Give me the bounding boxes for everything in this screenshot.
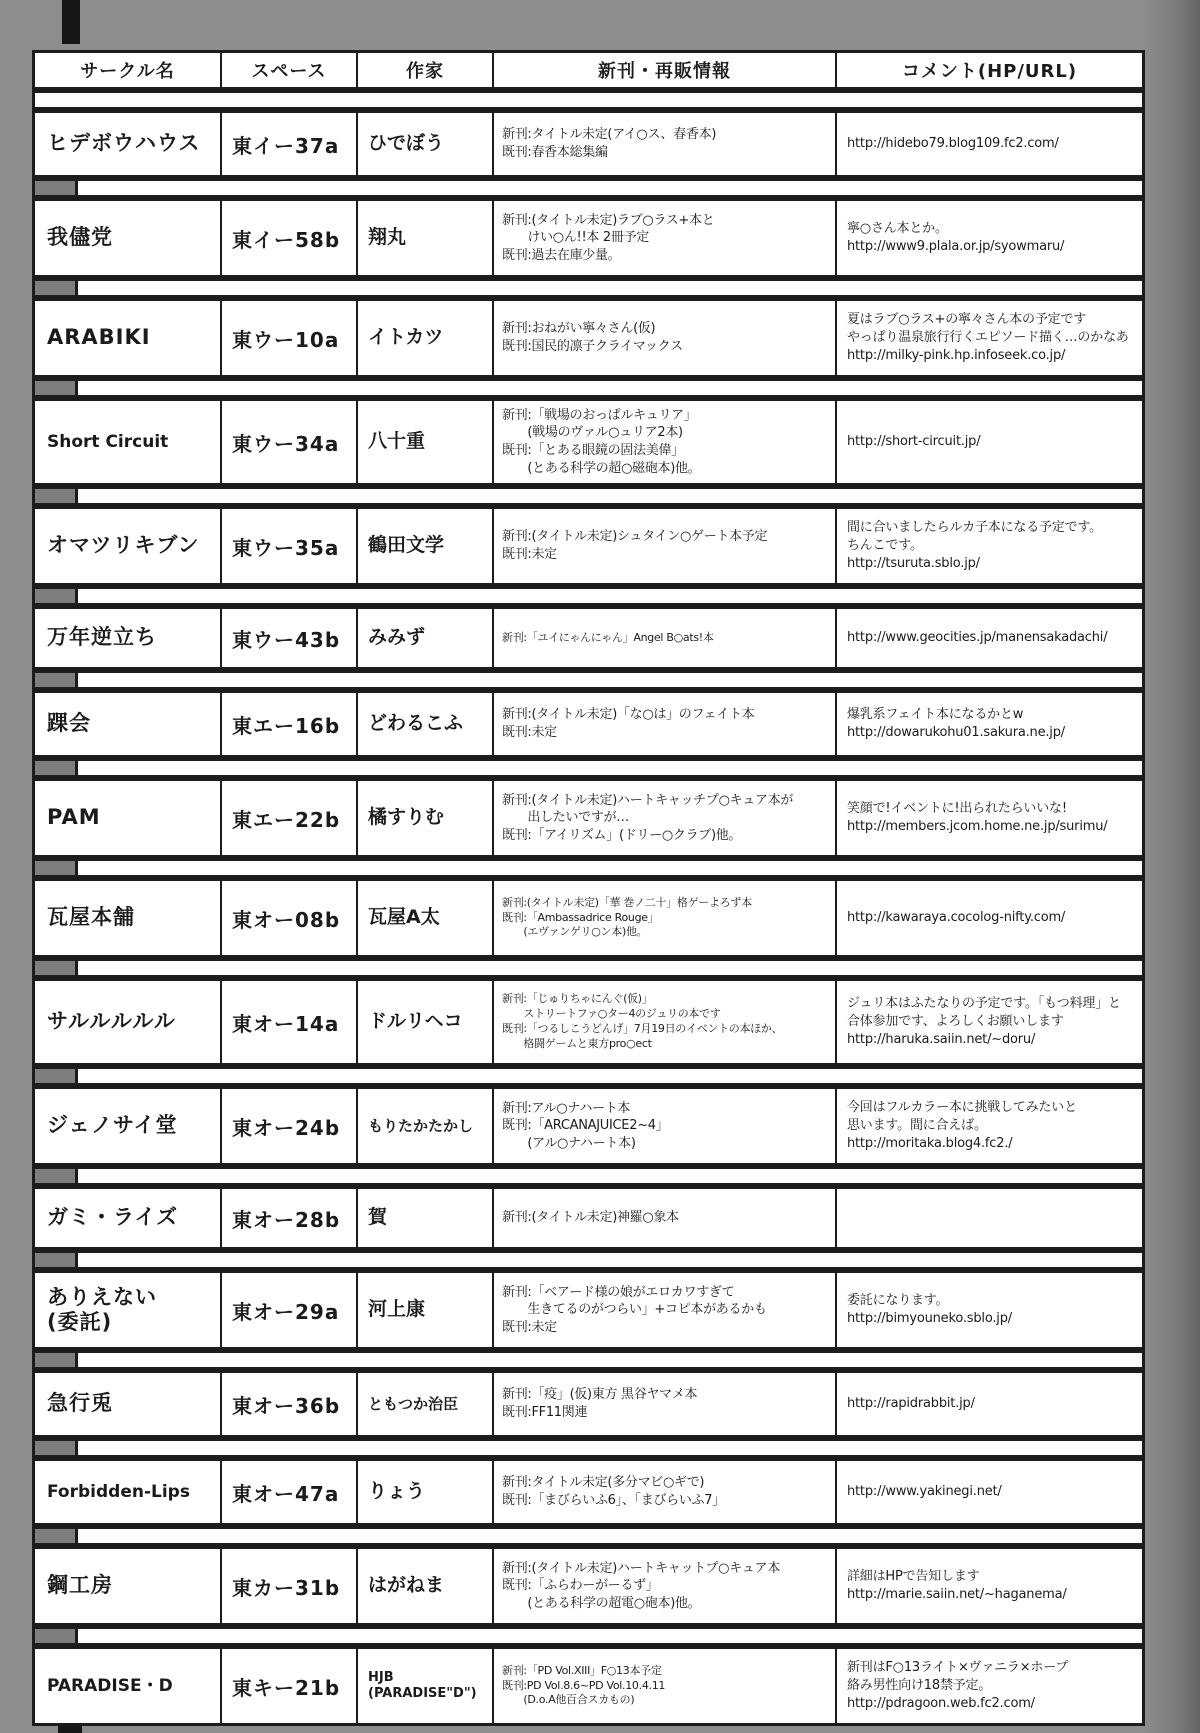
table-row: 踝会 東エー16b どわるこふ 新刊:(タイトル未定)「な○は」のフェイト本既刊… (32, 690, 1145, 758)
text-line: 既刊:「ふらわーがーるず」 (502, 1577, 827, 1595)
text-line: 詳細はHPで告知します (847, 1568, 1132, 1586)
gap-notch (32, 1526, 78, 1546)
text-line: http://kawaraya.cocolog-nifty.com/ (847, 909, 1132, 927)
comment-cell: 詳細はHPで告知しますhttp://marie.saiin.net/~hagan… (835, 1549, 1142, 1623)
author-cell: HJB(PARADISE"D") (356, 1649, 492, 1723)
space-cell: 東ウー10a (220, 301, 356, 375)
table-row: 瓦屋本舗 東オー08b 瓦屋A太 新刊:(タイトル未定)「華 巻ノ二十」格ゲーよ… (32, 878, 1145, 958)
text-line: 既刊:未定 (502, 546, 827, 564)
table-row: 我儘党 東イー58b 翔丸 新刊:(タイトル未定)ラブ○ラス+本と けい○ん!!… (32, 198, 1145, 278)
table-row: サルルルルル 東オー14a ドルリヘコ 新刊:「じゅりちゃにんぐ(仮)」 ストリ… (32, 978, 1145, 1066)
row-gap (32, 378, 1145, 398)
text-line: 新刊はF○13ライト×ヴァニラ×ホープ (847, 1659, 1132, 1677)
text-line: ちんこです。 (847, 537, 1132, 555)
author-cell: もりたかたかし (356, 1089, 492, 1163)
info-cell: 新刊:「ベアード様の娘がエロカワすぎて 生きてるのがつらい」+コピ本があるかも既… (492, 1273, 835, 1347)
text-line: りょう (368, 1480, 492, 1504)
gap-notch (32, 1438, 78, 1458)
space-cell: 東ウー43b (220, 609, 356, 667)
text-line: 鋼工房 (47, 1573, 220, 1598)
text-line: 夏はラブ○ラス+の寧々さん本の予定です (847, 311, 1132, 329)
text-line: 八十重 (368, 430, 492, 454)
table-row: 鋼工房 東カー31b はがねま 新刊:(タイトル未定)ハートキャットプ○キュア本… (32, 1546, 1145, 1626)
text-line: 出したいですが… (502, 809, 827, 827)
text-line: PAM (47, 805, 220, 830)
row-gap (32, 1066, 1145, 1086)
text-line: 新刊:「PD Vol.XIII」F○13本予定 (502, 1664, 827, 1679)
text-line: みみず (368, 626, 492, 650)
circle-name-cell: サルルルルル (35, 981, 220, 1063)
gap-notch (32, 670, 78, 690)
row-gap (32, 1526, 1145, 1546)
info-cell: 新刊:(タイトル未定)「な○は」のフェイト本既刊:未定 (492, 693, 835, 755)
info-cell: 新刊:(タイトル未定)「華 巻ノ二十」格ゲーよろず本既刊:「Ambassadri… (492, 881, 835, 955)
text-line: http://dowarukohu01.sakura.ne.jp/ (847, 724, 1132, 742)
text-line: 委託になります。 (847, 1292, 1132, 1310)
text-line: 河上康 (368, 1298, 492, 1322)
comment-cell: http://www.yakinegi.net/ (835, 1461, 1142, 1523)
text-line: ありえない (47, 1285, 220, 1310)
info-cell: 新刊:「戦場のおっぱルキュリア」 (戦場のヴァル○ュリア2本)既刊:「とある眼鏡… (492, 401, 835, 483)
row-gap (32, 1166, 1145, 1186)
text-line: やっぱり温泉旅行行くエピソード描く…のかなあ (847, 329, 1132, 347)
circle-name-cell: ヒデボウハウス (35, 113, 220, 175)
text-line: 新刊:「ユイにゃんにゃん」Angel B○ats!本 (502, 631, 827, 646)
text-line: 合体参加です、よろしくお願いします (847, 1013, 1132, 1031)
space-cell: 東ウー35a (220, 509, 356, 583)
gap-notch (32, 858, 78, 878)
text-line: 既刊:未定 (502, 724, 827, 742)
gap-notch (32, 378, 78, 398)
author-cell: 橘すりむ (356, 781, 492, 855)
text-line: もりたかたかし (368, 1117, 492, 1136)
text-line: 絡み男性向け18禁予定。 (847, 1677, 1132, 1695)
text-line: http://marie.saiin.net/~haganema/ (847, 1586, 1132, 1604)
text-line: 既刊:「とある眼鏡の固法美偉」 (502, 442, 827, 460)
info-cell: 新刊:アル○ナハート本既刊:「ARCANAJUICE2~4」 (アル○ナハート本… (492, 1089, 835, 1163)
text-line: けい○ん!!本 2冊予定 (502, 229, 827, 247)
info-cell: 新刊:(タイトル未定)ハートキャッチプ○キュア本が 出したいですが…既刊:「アイ… (492, 781, 835, 855)
text-line: 新刊:「戦場のおっぱルキュリア」 (502, 407, 827, 425)
table-row: 急行兎 東オー36b ともつか治臣 新刊:「疫」(仮)東方 黒谷ヤマメ本既刊:F… (32, 1370, 1145, 1438)
text-line: (とある科学の超電○砲本)他。 (502, 1595, 827, 1613)
text-line: 翔丸 (368, 226, 492, 250)
row-gap (32, 90, 1145, 110)
scan-edge-shadow (1142, 0, 1200, 1733)
text-line: 踝会 (47, 711, 220, 736)
text-line: ジュリ本はふたなりの予定です。「もつ料理」と (847, 995, 1132, 1013)
space-cell: 東イー37a (220, 113, 356, 175)
text-line: 橘すりむ (368, 806, 492, 830)
text-line: (エヴァンゲリ○ン本)他。 (502, 925, 827, 940)
text-line: 新刊:おねがい寧々さん(仮) (502, 320, 827, 338)
text-line: ジェノサイ堂 (47, 1113, 220, 1138)
table-body: ヒデボウハウス 東イー37a ひでぼう 新刊:タイトル未定(アイ○ス、春香本)既… (32, 90, 1145, 1726)
info-cell: 新刊:「じゅりちゃにんぐ(仮)」 ストリートファ○ター4のジュリの本です既刊:「… (492, 981, 835, 1063)
text-line: (アル○ナハート本) (502, 1135, 827, 1153)
text-line: 新刊:「ベアード様の娘がエロカワすぎて (502, 1284, 827, 1302)
gap-notch (32, 586, 78, 606)
circle-name-cell: 我儘党 (35, 201, 220, 275)
text-line: 既刊:FF11関連 (502, 1404, 827, 1422)
row-gap (32, 758, 1145, 778)
text-line: イトカツ (368, 326, 492, 350)
circle-name-cell: PARADISE・D (35, 1649, 220, 1723)
table-row: ありえない(委託) 東オー29a 河上康 新刊:「ベアード様の娘がエロカワすぎて… (32, 1270, 1145, 1350)
text-line: 思います。間に合えば。 (847, 1117, 1132, 1135)
row-gap (32, 1438, 1145, 1458)
author-cell: りょう (356, 1461, 492, 1523)
text-line: 格闘ゲームと東方pro○ect (502, 1037, 827, 1052)
text-line: 新刊:(タイトル未定)「華 巻ノ二十」格ゲーよろず本 (502, 896, 827, 911)
text-line: 新刊:タイトル未定(多分マビ○ギで) (502, 1474, 827, 1492)
row-gap (32, 1250, 1145, 1270)
circle-name-cell: ガミ・ライズ (35, 1189, 220, 1247)
row-gap (32, 178, 1145, 198)
space-cell: 東オー08b (220, 881, 356, 955)
row-gap (32, 586, 1145, 606)
info-cell: 新刊:「PD Vol.XIII」F○13本予定既刊:PD Vol.8.6~PD … (492, 1649, 835, 1723)
text-line: ガミ・ライズ (47, 1205, 220, 1230)
circle-list-table: サークル名 スペース 作家 新刊・再販情報 コメント(HP/URL) ヒデボウハ… (32, 50, 1145, 1726)
comment-cell: 寧○さん本とか。http://www9.plala.or.jp/syowmaru… (835, 201, 1142, 275)
scanned-page: サークル名 スペース 作家 新刊・再販情報 コメント(HP/URL) ヒデボウハ… (0, 0, 1200, 1733)
circle-name-cell: 急行兎 (35, 1373, 220, 1435)
table-row: Forbidden-Lips 東オー47a りょう 新刊:タイトル未定(多分マビ… (32, 1458, 1145, 1526)
row-gap (32, 858, 1145, 878)
gap-notch (32, 178, 78, 198)
text-line: http://rapidrabbit.jp/ (847, 1395, 1132, 1413)
author-cell: みみず (356, 609, 492, 667)
comment-cell: 夏はラブ○ラス+の寧々さん本の予定ですやっぱり温泉旅行行くエピソード描く…のかな… (835, 301, 1142, 375)
text-line: http://bimyouneko.sblo.jp/ (847, 1310, 1132, 1328)
author-cell: 賀 (356, 1189, 492, 1247)
info-cell: 新刊:(タイトル未定)シュタイン○ゲート本予定既刊:未定 (492, 509, 835, 583)
text-line: 我儘党 (47, 225, 220, 250)
text-line: 賀 (368, 1206, 492, 1230)
author-cell: ひでぼう (356, 113, 492, 175)
text-line: 既刊:「アイリズム」(ドリー○クラブ)他。 (502, 827, 827, 845)
table-row: ARABIKI 東ウー10a イトカツ 新刊:おねがい寧々さん(仮)既刊:国民的… (32, 298, 1145, 378)
table-row: PARADISE・D 東キー21b HJB(PARADISE"D") 新刊:「P… (32, 1646, 1145, 1726)
text-line: http://moritaka.blog4.fc2./ (847, 1135, 1132, 1153)
text-line: 既刊:「つるしこうどんげ」7月19日のイベントの本ほか、 (502, 1022, 827, 1037)
text-line: 新刊:(タイトル未定)ハートキャッチプ○キュア本が (502, 792, 827, 810)
text-line: ストリートファ○ター4のジュリの本です (502, 1007, 827, 1022)
text-line: http://hidebo79.blog109.fc2.com/ (847, 135, 1132, 153)
text-line: http://www.geocities.jp/manensakadachi/ (847, 629, 1132, 647)
text-line: サルルルルル (47, 1009, 220, 1034)
comment-cell: 笑顔で!イベントに!出られたらいいな!http://members.jcom.h… (835, 781, 1142, 855)
text-line: 新刊:(タイトル未定)ハートキャットプ○キュア本 (502, 1560, 827, 1578)
text-line: 既刊:国民的凛子クライマックス (502, 338, 827, 356)
table-header-row: サークル名 スペース 作家 新刊・再販情報 コメント(HP/URL) (32, 50, 1145, 90)
circle-name-cell: ありえない(委託) (35, 1273, 220, 1347)
row-gap (32, 1626, 1145, 1646)
author-cell: 鶴田文学 (356, 509, 492, 583)
info-cell: 新刊:(タイトル未定)ハートキャットプ○キュア本既刊:「ふらわーがーるず」 (と… (492, 1549, 835, 1623)
comment-cell (835, 1189, 1142, 1247)
comment-cell: 新刊はF○13ライト×ヴァニラ×ホープ絡み男性向け18禁予定。http://pd… (835, 1649, 1142, 1723)
text-line: 生きてるのがつらい」+コピ本があるかも (502, 1301, 827, 1319)
gap-notch (32, 486, 78, 506)
space-cell: 東エー22b (220, 781, 356, 855)
text-line: 既刊:春香本総集編 (502, 144, 827, 162)
text-line: 寧○さん本とか。 (847, 220, 1132, 238)
circle-name-cell: オマツリキブン (35, 509, 220, 583)
space-cell: 東イー58b (220, 201, 356, 275)
gap-notch (32, 1626, 78, 1646)
gap-notch (32, 958, 78, 978)
table-row: 万年逆立ち 東ウー43b みみず 新刊:「ユイにゃんにゃん」Angel B○at… (32, 606, 1145, 670)
circle-name-cell: 踝会 (35, 693, 220, 755)
comment-cell: 委託になります。http://bimyouneko.sblo.jp/ (835, 1273, 1142, 1347)
author-cell: 河上康 (356, 1273, 492, 1347)
text-line: http://haruka.saiin.net/~doru/ (847, 1031, 1132, 1049)
text-line: PARADISE・D (47, 1676, 220, 1696)
comment-cell: http://short-circuit.jp/ (835, 401, 1142, 483)
header-comment-url: コメント(HP/URL) (835, 53, 1142, 87)
author-cell: 翔丸 (356, 201, 492, 275)
text-line: 新刊:(タイトル未定)神羅○象本 (502, 1209, 827, 1227)
gap-notch (32, 278, 78, 298)
text-line: 新刊:「じゅりちゃにんぐ(仮)」 (502, 992, 827, 1007)
text-line: 万年逆立ち (47, 625, 220, 650)
text-line: 爆乳系フェイト本になるかとw (847, 706, 1132, 724)
text-line: 新刊:(タイトル未定)「な○は」のフェイト本 (502, 706, 827, 724)
info-cell: 新刊:「疫」(仮)東方 黒谷ヤマメ本既刊:FF11関連 (492, 1373, 835, 1435)
text-line: 既刊:過去在庫少量。 (502, 247, 827, 265)
gap-notch (32, 1350, 78, 1370)
header-new-release-info: 新刊・再販情報 (492, 53, 835, 87)
space-cell: 東オー14a (220, 981, 356, 1063)
space-cell: 東カー31b (220, 1549, 356, 1623)
comment-cell: 間に合いましたらルカ子本になる予定です。ちんこです。http://tsuruta… (835, 509, 1142, 583)
text-line: はがねま (368, 1574, 492, 1598)
circle-name-cell: Short Circuit (35, 401, 220, 483)
gap-notch (32, 1066, 78, 1086)
comment-cell: http://www.geocities.jp/manensakadachi/ (835, 609, 1142, 667)
author-cell: 瓦屋A太 (356, 881, 492, 955)
table-row: ヒデボウハウス 東イー37a ひでぼう 新刊:タイトル未定(アイ○ス、春香本)既… (32, 110, 1145, 178)
gap-notch (32, 758, 78, 778)
text-line: Short Circuit (47, 432, 220, 452)
text-line: (とある科学の超○磁砲本)他。 (502, 460, 827, 478)
row-gap (32, 958, 1145, 978)
table-row: ジェノサイ堂 東オー24b もりたかたかし 新刊:アル○ナハート本既刊:「ARC… (32, 1086, 1145, 1166)
text-line: 瓦屋A太 (368, 906, 492, 930)
text-line: 既刊:「ARCANAJUICE2~4」 (502, 1117, 827, 1135)
comment-cell: 今回はフルカラー本に挑戦してみたいと思います。間に合えば。http://mori… (835, 1089, 1142, 1163)
text-line: HJB (368, 1670, 492, 1686)
gap-notch (32, 1250, 78, 1270)
comment-cell: http://rapidrabbit.jp/ (835, 1373, 1142, 1435)
circle-name-cell: Forbidden-Lips (35, 1461, 220, 1523)
space-cell: 東オー29a (220, 1273, 356, 1347)
text-line: 新刊:タイトル未定(アイ○ス、春香本) (502, 126, 827, 144)
space-cell: 東オー24b (220, 1089, 356, 1163)
space-cell: 東オー47a (220, 1461, 356, 1523)
header-circle-name: サークル名 (35, 53, 220, 87)
text-line: 急行兎 (47, 1391, 220, 1416)
text-line: 鶴田文学 (368, 534, 492, 558)
author-cell: はがねま (356, 1549, 492, 1623)
comment-cell: ジュリ本はふたなりの予定です。「もつ料理」と合体参加です、よろしくお願いしますh… (835, 981, 1142, 1063)
text-line: 既刊:未定 (502, 1319, 827, 1337)
circle-name-cell: 鋼工房 (35, 1549, 220, 1623)
circle-name-cell: 万年逆立ち (35, 609, 220, 667)
circle-name-cell: 瓦屋本舗 (35, 881, 220, 955)
comment-cell: http://hidebo79.blog109.fc2.com/ (835, 113, 1142, 175)
text-line: どわるこふ (368, 712, 492, 736)
text-line: 既刊:PD Vol.8.6~PD Vol.10.4.11 (502, 1679, 827, 1694)
header-author: 作家 (356, 53, 492, 87)
text-line: ドルリヘコ (368, 1010, 492, 1034)
space-cell: 東ウー34a (220, 401, 356, 483)
row-gap (32, 278, 1145, 298)
space-cell: 東オー28b (220, 1189, 356, 1247)
text-line: ひでぼう (368, 132, 492, 156)
scan-artifact-top-bar (62, 0, 80, 44)
text-line: 新刊:「疫」(仮)東方 黒谷ヤマメ本 (502, 1386, 827, 1404)
text-line: ともつか治臣 (368, 1395, 492, 1414)
text-line: ARABIKI (47, 325, 220, 350)
table-row: オマツリキブン 東ウー35a 鶴田文学 新刊:(タイトル未定)シュタイン○ゲート… (32, 506, 1145, 586)
info-cell: 新刊:おねがい寧々さん(仮)既刊:国民的凛子クライマックス (492, 301, 835, 375)
comment-cell: http://kawaraya.cocolog-nifty.com/ (835, 881, 1142, 955)
text-line: (D.o.A他百合スカもの) (502, 1693, 827, 1708)
space-cell: 東オー36b (220, 1373, 356, 1435)
text-line: 新刊:アル○ナハート本 (502, 1100, 827, 1118)
text-line: 新刊:(タイトル未定)ラブ○ラス+本と (502, 212, 827, 230)
header-space: スペース (220, 53, 356, 87)
info-cell: 新刊:(タイトル未定)神羅○象本 (492, 1189, 835, 1247)
row-gap (32, 486, 1145, 506)
info-cell: 新刊:タイトル未定(アイ○ス、春香本)既刊:春香本総集編 (492, 113, 835, 175)
text-line: Forbidden-Lips (47, 1482, 220, 1502)
text-line: 既刊:「Ambassadrice Rouge」 (502, 911, 827, 926)
gap-notch (32, 1166, 78, 1186)
author-cell: ドルリヘコ (356, 981, 492, 1063)
text-line: 笑顔で!イベントに!出られたらいいな! (847, 800, 1132, 818)
circle-name-cell: ジェノサイ堂 (35, 1089, 220, 1163)
text-line: 間に合いましたらルカ子本になる予定です。 (847, 519, 1132, 537)
text-line: (PARADISE"D") (368, 1686, 492, 1702)
text-line: http://milky-pink.hp.infoseek.co.jp/ (847, 347, 1132, 365)
table-row: ガミ・ライズ 東オー28b 賀 新刊:(タイトル未定)神羅○象本 (32, 1186, 1145, 1250)
text-line: http://www9.plala.or.jp/syowmaru/ (847, 238, 1132, 256)
text-line: ヒデボウハウス (47, 131, 220, 156)
space-cell: 東キー21b (220, 1649, 356, 1723)
author-cell: 八十重 (356, 401, 492, 483)
author-cell: どわるこふ (356, 693, 492, 755)
circle-name-cell: PAM (35, 781, 220, 855)
text-line: 既刊:「まびらいふ6」、「まびらいふ7」 (502, 1492, 827, 1510)
text-line: オマツリキブン (47, 533, 220, 558)
row-gap (32, 1350, 1145, 1370)
table-row: PAM 東エー22b 橘すりむ 新刊:(タイトル未定)ハートキャッチプ○キュア本… (32, 778, 1145, 858)
text-line: http://pdragoon.web.fc2.com/ (847, 1695, 1132, 1713)
author-cell: イトカツ (356, 301, 492, 375)
text-line: http://www.yakinegi.net/ (847, 1483, 1132, 1501)
text-line: 瓦屋本舗 (47, 905, 220, 930)
text-line: http://short-circuit.jp/ (847, 433, 1132, 451)
info-cell: 新刊:(タイトル未定)ラブ○ラス+本と けい○ん!!本 2冊予定既刊:過去在庫少… (492, 201, 835, 275)
row-gap (32, 670, 1145, 690)
info-cell: 新刊:タイトル未定(多分マビ○ギで)既刊:「まびらいふ6」、「まびらいふ7」 (492, 1461, 835, 1523)
circle-name-cell: ARABIKI (35, 301, 220, 375)
text-line: 今回はフルカラー本に挑戦してみたいと (847, 1099, 1132, 1117)
table-row: Short Circuit 東ウー34a 八十重 新刊:「戦場のおっぱルキュリア… (32, 398, 1145, 486)
text-line: http://tsuruta.sblo.jp/ (847, 555, 1132, 573)
text-line: (戦場のヴァル○ュリア2本) (502, 424, 827, 442)
text-line: (委託) (47, 1310, 220, 1335)
info-cell: 新刊:「ユイにゃんにゃん」Angel B○ats!本 (492, 609, 835, 667)
text-line: http://members.jcom.home.ne.jp/surimu/ (847, 818, 1132, 836)
author-cell: ともつか治臣 (356, 1373, 492, 1435)
space-cell: 東エー16b (220, 693, 356, 755)
text-line: 新刊:(タイトル未定)シュタイン○ゲート本予定 (502, 528, 827, 546)
comment-cell: 爆乳系フェイト本になるかとwhttp://dowarukohu01.sakura… (835, 693, 1142, 755)
